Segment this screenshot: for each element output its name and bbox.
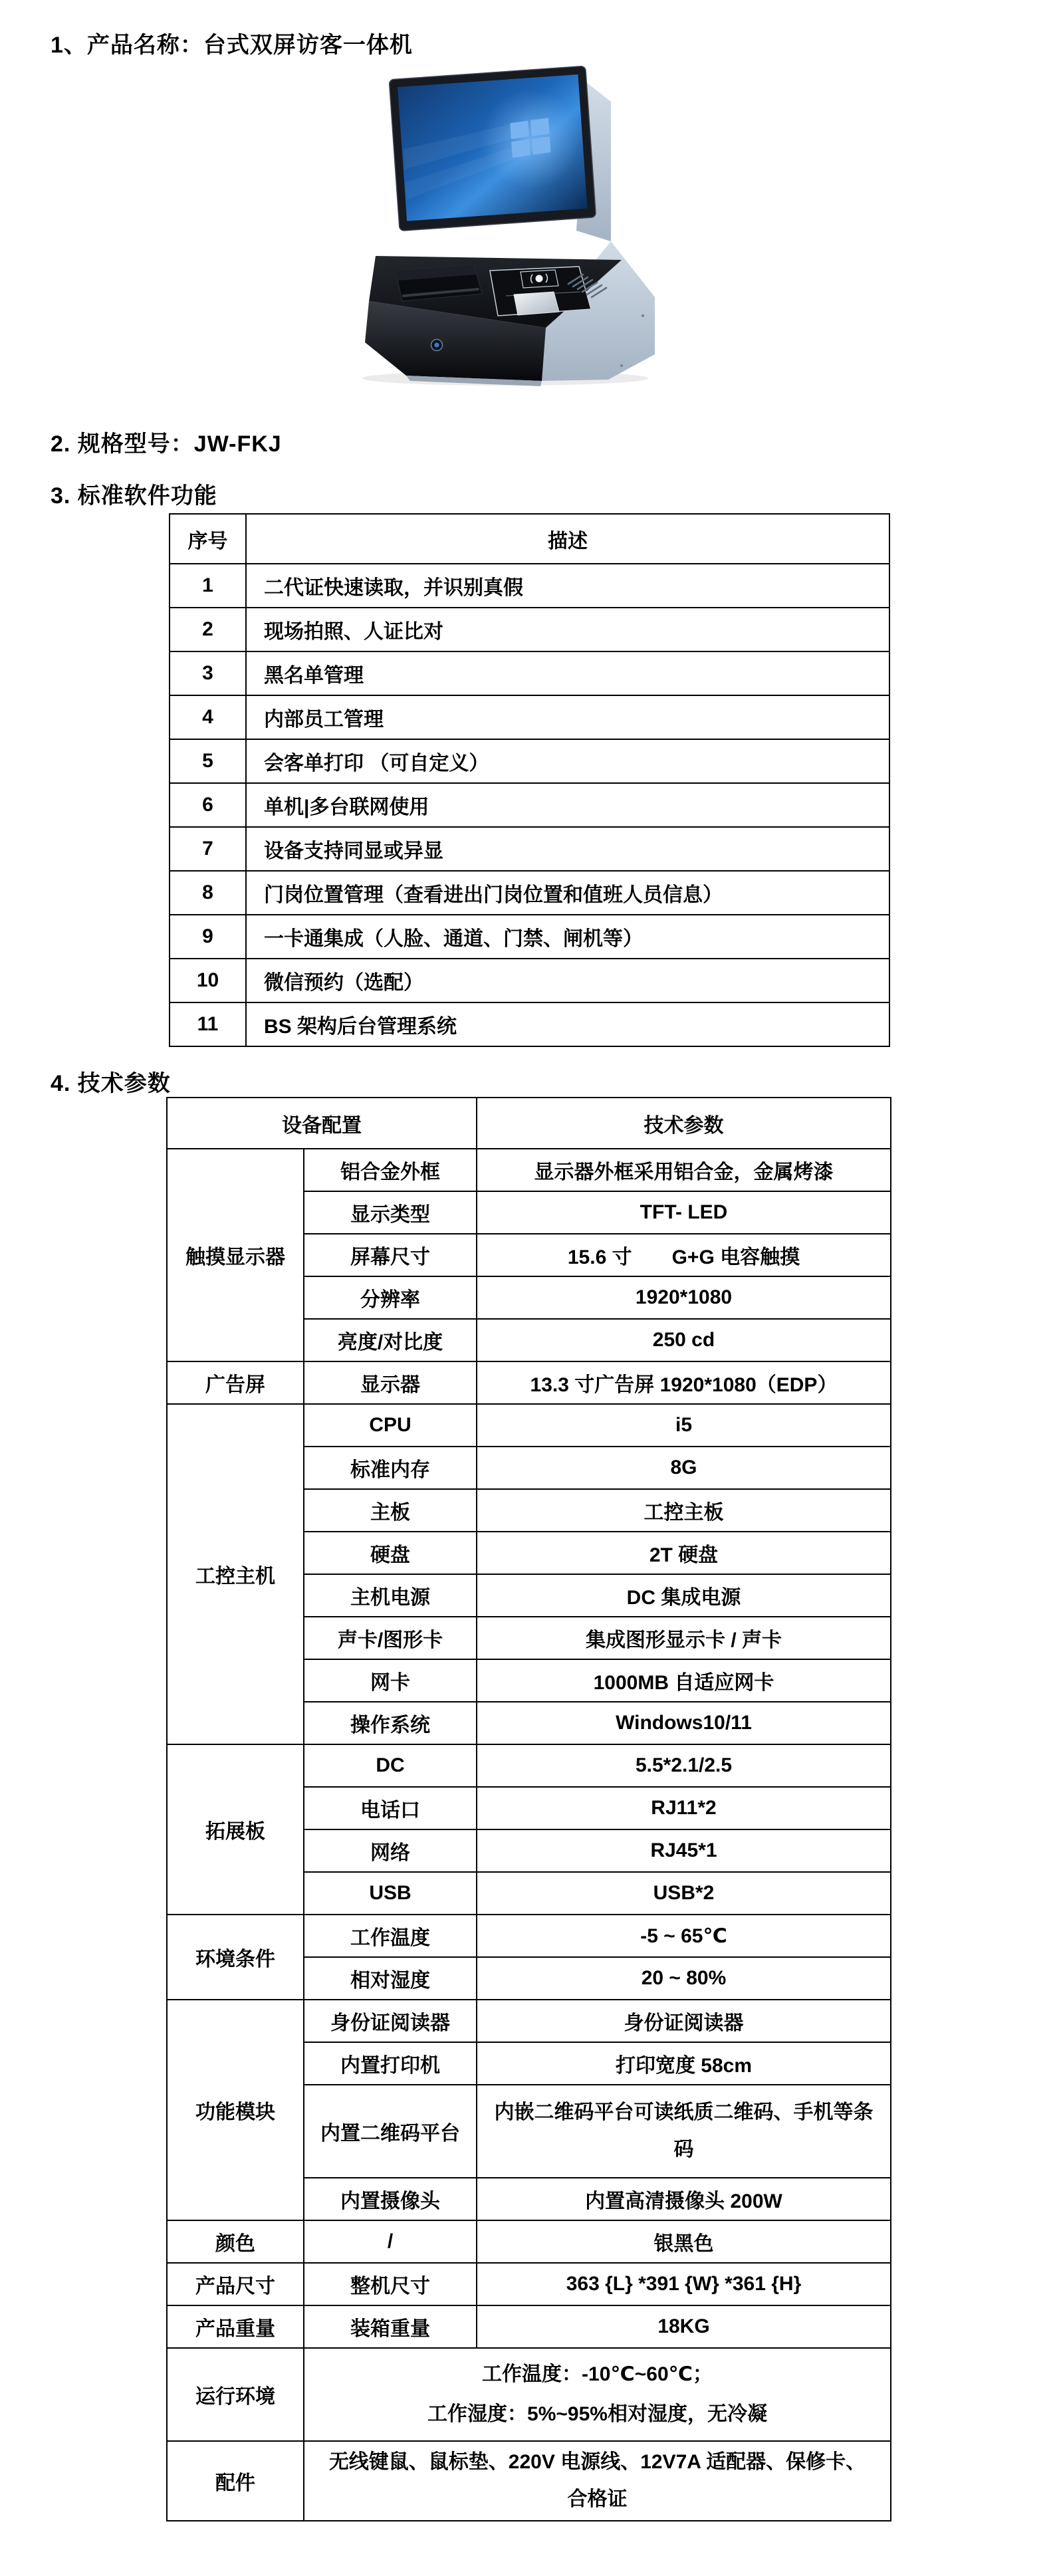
software-row-desc: 一卡通集成（人脸、通道、门禁、闸机等） — [246, 915, 889, 959]
tech-label-cell: 身份证阅读器 — [304, 2000, 477, 2042]
power-button-led — [434, 342, 439, 347]
tech-label-cell: CPU — [304, 1404, 477, 1447]
tech-value-cell: 363 {L} *391 {W} *361 {H} — [477, 2263, 891, 2305]
tech-value-cell: 1000MB 自适应网卡 — [477, 1659, 891, 1702]
tech-label-cell: 屏幕尺寸 — [304, 1234, 477, 1276]
software-row-no: 3 — [170, 651, 246, 695]
tech-label-cell: 分辨率 — [304, 1276, 477, 1319]
software-header-no: 序号 — [170, 514, 246, 564]
tech-group-color: 颜色 — [167, 2220, 304, 2263]
tech-value-cell: 1920*1080 — [477, 1276, 891, 1319]
software-row-desc: 门岗位置管理（查看进出门岗位置和值班人员信息） — [246, 871, 889, 915]
tech-value-cell: 银黑色 — [477, 2220, 891, 2263]
tech-group-ipc-host: 工控主机 — [167, 1404, 304, 1744]
software-row-no: 8 — [170, 871, 246, 915]
document-page: 1、产品名称：台式双屏访客一体机 — [0, 0, 1055, 2576]
tech-label-cell: 装箱重量 — [304, 2305, 477, 2348]
operating-env-line-1: 工作温度：-10℃~60℃； — [311, 2355, 883, 2395]
software-row-no: 2 — [170, 608, 246, 651]
tech-group-touch-display: 触摸显示器 — [167, 1149, 304, 1361]
tech-label-cell: 网卡 — [304, 1659, 477, 1702]
tech-label-cell: 工作温度 — [304, 1915, 477, 1957]
tech-label-cell: 显示器 — [304, 1361, 477, 1404]
software-row-no: 10 — [170, 959, 246, 1002]
heading-software-functions: 3. 标准软件功能 — [51, 477, 217, 510]
tech-label-cell: 硬盘 — [304, 1532, 477, 1574]
tech-params-table: 设备配置 技术参数 触摸显示器 铝合金外框 显示器外框采用铝合金，金属烤漆 显示… — [166, 1097, 891, 2521]
tech-merged-value-cell: 无线键鼠、鼠标垫、220V 电源线、12V7A 适配器、保修卡、合格证 — [304, 2441, 891, 2521]
tech-group-accessories: 配件 — [167, 2441, 304, 2521]
software-row-desc: 内部员工管理 — [246, 695, 889, 739]
heading-product-name: 1、产品名称：台式双屏访客一体机 — [51, 27, 413, 59]
tech-value-cell: 集成图形显示卡 / 声卡 — [477, 1617, 891, 1659]
tech-label-cell: 标准内存 — [304, 1447, 477, 1489]
tech-merged-value-cell: 工作温度：-10℃~60℃； 工作湿度：5%~95%相对湿度，无冷凝 — [304, 2348, 891, 2441]
software-header-desc: 描述 — [246, 514, 889, 564]
tech-header-device-config: 设备配置 — [167, 1098, 477, 1149]
tech-label-cell: 声卡/图形卡 — [304, 1617, 477, 1659]
tech-label-cell: 亮度/对比度 — [304, 1319, 477, 1361]
tech-value-cell: DC 集成电源 — [477, 1574, 891, 1617]
tech-label-cell: DC — [304, 1744, 477, 1787]
tech-group-expansion-board: 拓展板 — [167, 1744, 304, 1915]
tech-value-cell: 内置高清摄像头 200W — [477, 2178, 891, 2220]
tech-label-cell: 主机电源 — [304, 1574, 477, 1617]
software-row-desc: 黑名单管理 — [246, 651, 889, 695]
tech-group-environment: 环境条件 — [167, 1915, 304, 2000]
tech-value-cell: 2T 硬盘 — [477, 1532, 891, 1574]
tech-label-cell: 操作系统 — [304, 1702, 477, 1744]
tech-label-cell: 铝合金外框 — [304, 1149, 477, 1191]
software-row-desc: 设备支持同显或异显 — [246, 827, 889, 871]
tech-value-cell: i5 — [477, 1404, 891, 1447]
tech-group-operating-env: 运行环境 — [167, 2348, 304, 2441]
operating-env-line-2: 工作湿度：5%~95%相对湿度，无冷凝 — [311, 2395, 883, 2434]
tech-value-cell: 15.6 寸 G+G 电容触摸 — [477, 1234, 891, 1276]
tech-value-cell: 13.3 寸广告屏 1920*1080（EDP） — [477, 1361, 891, 1404]
nfc-reader-dot — [536, 275, 543, 283]
tech-group-ad-screen: 广告屏 — [167, 1361, 304, 1404]
tech-value-cell: 250 cd — [477, 1319, 891, 1361]
tech-value-cell: 8G — [477, 1447, 891, 1489]
tech-label-cell: 内置二维码平台 — [304, 2085, 477, 2178]
tech-value-cell: 工控主板 — [477, 1489, 891, 1532]
tech-value-cell: RJ45*1 — [477, 1829, 891, 1872]
heading-model: 2. 规格型号：JW-FKJ — [51, 425, 282, 458]
tech-label-cell: 内置打印机 — [304, 2042, 477, 2085]
tech-value-cell: 身份证阅读器 — [477, 2000, 891, 2042]
screw-dot — [620, 364, 623, 367]
tech-value-cell: 5.5*2.1/2.5 — [477, 1744, 891, 1787]
tech-label-cell: 整机尺寸 — [304, 2263, 477, 2305]
tech-group-dimensions: 产品尺寸 — [167, 2263, 304, 2305]
tech-value-cell: Windows10/11 — [477, 1702, 891, 1744]
tech-group-function-modules: 功能模块 — [167, 2000, 304, 2220]
software-row-no: 1 — [170, 564, 246, 608]
tech-value-cell: 20 ~ 80% — [477, 1957, 891, 2000]
product-image — [342, 63, 675, 396]
software-row-no: 6 — [170, 783, 246, 827]
software-row-desc: 微信预约（选配） — [246, 959, 889, 1002]
tech-label-cell: 内置摄像头 — [304, 2178, 477, 2220]
software-function-table: 序号 描述 1二代证快速读取，并识别真假 2现场拍照、人证比对 3黑名单管理 4… — [169, 513, 890, 1047]
software-row-no: 9 — [170, 915, 246, 959]
tech-label-cell: 主板 — [304, 1489, 477, 1532]
monitor — [389, 66, 596, 231]
screw-dot — [642, 314, 644, 317]
tech-value-cell: 打印宽度 58cm — [477, 2042, 891, 2085]
software-row-desc: 单机|多台联网使用 — [246, 783, 889, 827]
software-row-desc: 现场拍照、人证比对 — [246, 608, 889, 651]
heading-tech-params: 4. 技术参数 — [51, 1065, 171, 1098]
tech-value-cell: TFT- LED — [477, 1191, 891, 1234]
tech-label-cell: 相对湿度 — [304, 1957, 477, 2000]
tech-label-cell: 网络 — [304, 1829, 477, 1872]
visitor-terminal-illustration — [342, 63, 675, 396]
qr-scanner-window — [514, 292, 559, 315]
tech-value-cell: 内嵌二维码平台可读纸质二维码、手机等条码 — [477, 2085, 891, 2178]
tech-label-cell: 显示类型 — [304, 1191, 477, 1234]
software-row-desc: BS 架构后台管理系统 — [246, 1002, 889, 1046]
software-row-no: 5 — [170, 739, 246, 783]
software-row-no: 7 — [170, 827, 246, 871]
tech-value-cell: 显示器外框采用铝合金，金属烤漆 — [477, 1149, 891, 1191]
software-row-no: 4 — [170, 695, 246, 739]
software-row-desc: 会客单打印 （可自定义） — [246, 739, 889, 783]
software-row-desc: 二代证快速读取，并识别真假 — [246, 564, 889, 608]
tech-value-cell: 18KG — [477, 2305, 891, 2348]
tech-value-cell: RJ11*2 — [477, 1787, 891, 1829]
tech-group-weight: 产品重量 — [167, 2305, 304, 2348]
tech-value-cell: USB*2 — [477, 1872, 891, 1915]
tech-label-cell: 电话口 — [304, 1787, 477, 1829]
tech-label-cell: / — [304, 2220, 477, 2263]
tech-header-tech-params: 技术参数 — [477, 1098, 891, 1149]
software-row-no: 11 — [170, 1002, 246, 1046]
tech-value-cell: -5 ~ 65℃ — [477, 1915, 891, 1957]
tech-label-cell: USB — [304, 1872, 477, 1915]
